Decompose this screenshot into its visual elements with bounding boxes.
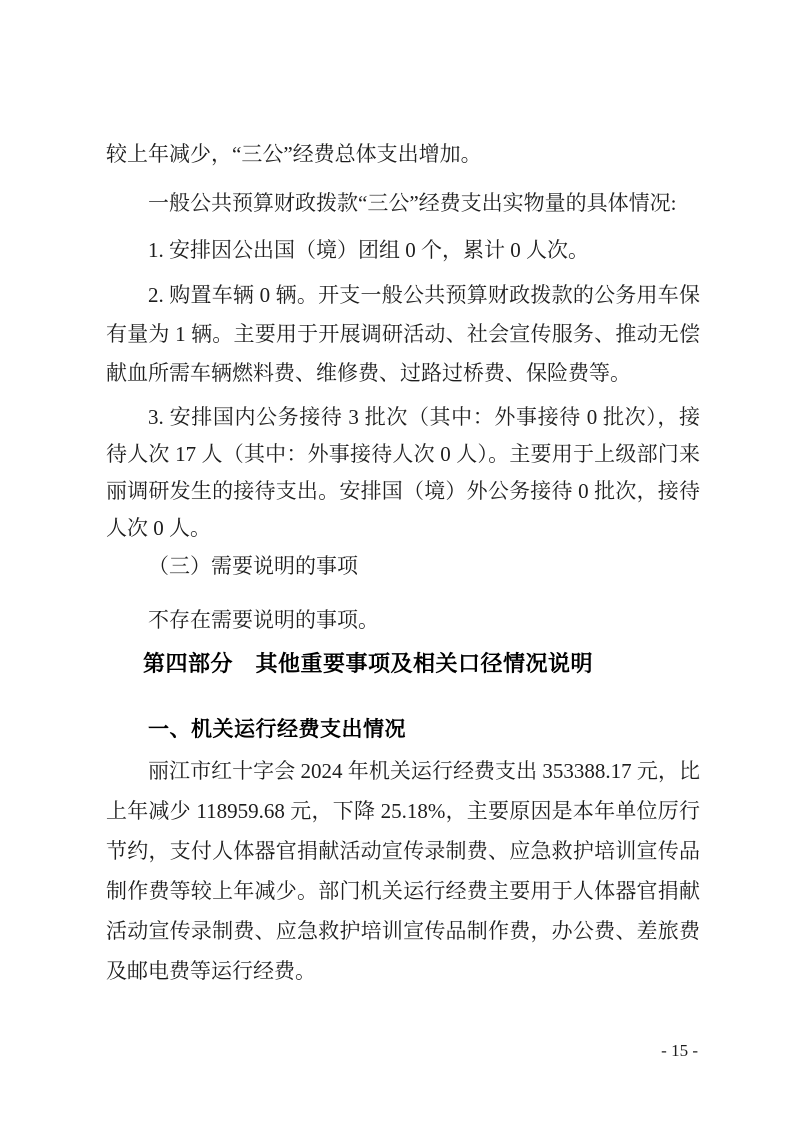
list-item-official-reception: 3. 安排国内公务接待 3 批次（其中：外事接待 0 批次），接待人次 17 人…	[106, 399, 700, 547]
list-item-vehicles: 2. 购置车辆 0 辆。开支一般公共预算财政拨款的公务用车保有量为 1 辆。主要…	[106, 276, 700, 393]
sub-heading-operating-costs: 一、机关运行经费支出情况	[106, 711, 700, 749]
page-number: - 15 -	[661, 1041, 698, 1061]
paragraph-notes-body: 不存在需要说明的事项。	[106, 601, 700, 639]
paragraph-operating-costs: 丽江市红十字会 2024 年机关运行经费支出 353388.17 元，比上年减少…	[106, 751, 700, 991]
list-item-overseas-trips: 1. 安排因公出国（境）团组 0 个，累计 0 人次。	[106, 231, 700, 269]
section-heading-notes: （三）需要说明的事项	[106, 547, 700, 585]
document-page: 较上年减少，“三公”经费总体支出增加。 一般公共预算财政拨款“三公”经费支出实物…	[0, 0, 793, 1122]
paragraph-carryover: 较上年减少，“三公”经费总体支出增加。	[106, 135, 700, 173]
document-body: 较上年减少，“三公”经费总体支出增加。 一般公共预算财政拨款“三公”经费支出实物…	[106, 135, 700, 991]
part-four-heading: 第四部分 其他重要事项及相关口径情况说明	[143, 643, 700, 685]
paragraph-three-public-overview: 一般公共预算财政拨款“三公”经费支出实物量的具体情况:	[106, 184, 700, 222]
